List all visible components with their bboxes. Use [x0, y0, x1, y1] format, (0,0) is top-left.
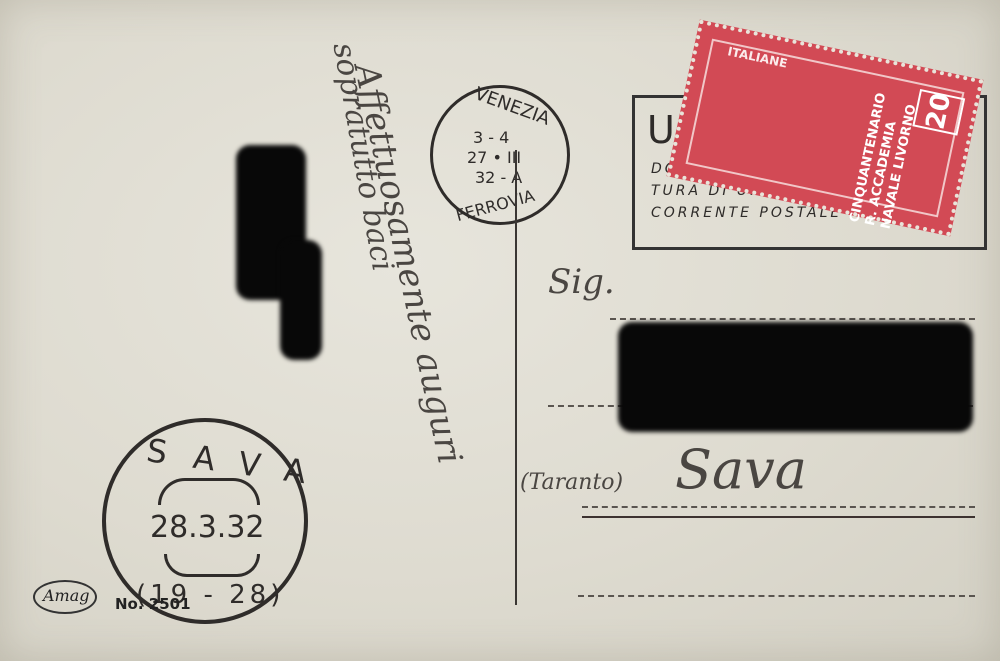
sava-postmark: SAVA 28.3.32 (19 - 28) [102, 418, 308, 624]
publisher-number: No. 2501 [115, 595, 191, 613]
sava-date: 28.3.32 [150, 510, 265, 545]
venezia-line2: 27 • III [467, 148, 521, 167]
postcard: UTENTI DOMANDATE L'APER- TURA DI UN CONT… [0, 0, 1000, 661]
sava-arc-bottom [164, 554, 260, 577]
publisher-logo-text: Amag [43, 586, 90, 605]
venezia-postmark: VENEZIA 3 - 4 27 • III 32 - A FERROVIA [430, 85, 570, 225]
venezia-top-text: VENEZIA [472, 83, 553, 130]
address-line-3 [582, 506, 975, 508]
divider-line [515, 150, 517, 605]
sava-arc-top [158, 478, 260, 505]
address-salutation: Sig. [548, 262, 615, 302]
address-underline [582, 516, 975, 518]
address-city: Sava [675, 438, 807, 501]
address-line-4 [578, 595, 975, 597]
address-line-1 [610, 318, 975, 320]
venezia-bottom-text: FERROVIA [454, 186, 537, 225]
redaction-recipient [618, 322, 973, 432]
venezia-line1: 3 - 4 [473, 128, 509, 147]
redaction-signature-2 [280, 240, 322, 360]
publisher-logo: Amag [33, 580, 97, 614]
address-province: (Taranto) [520, 470, 623, 495]
